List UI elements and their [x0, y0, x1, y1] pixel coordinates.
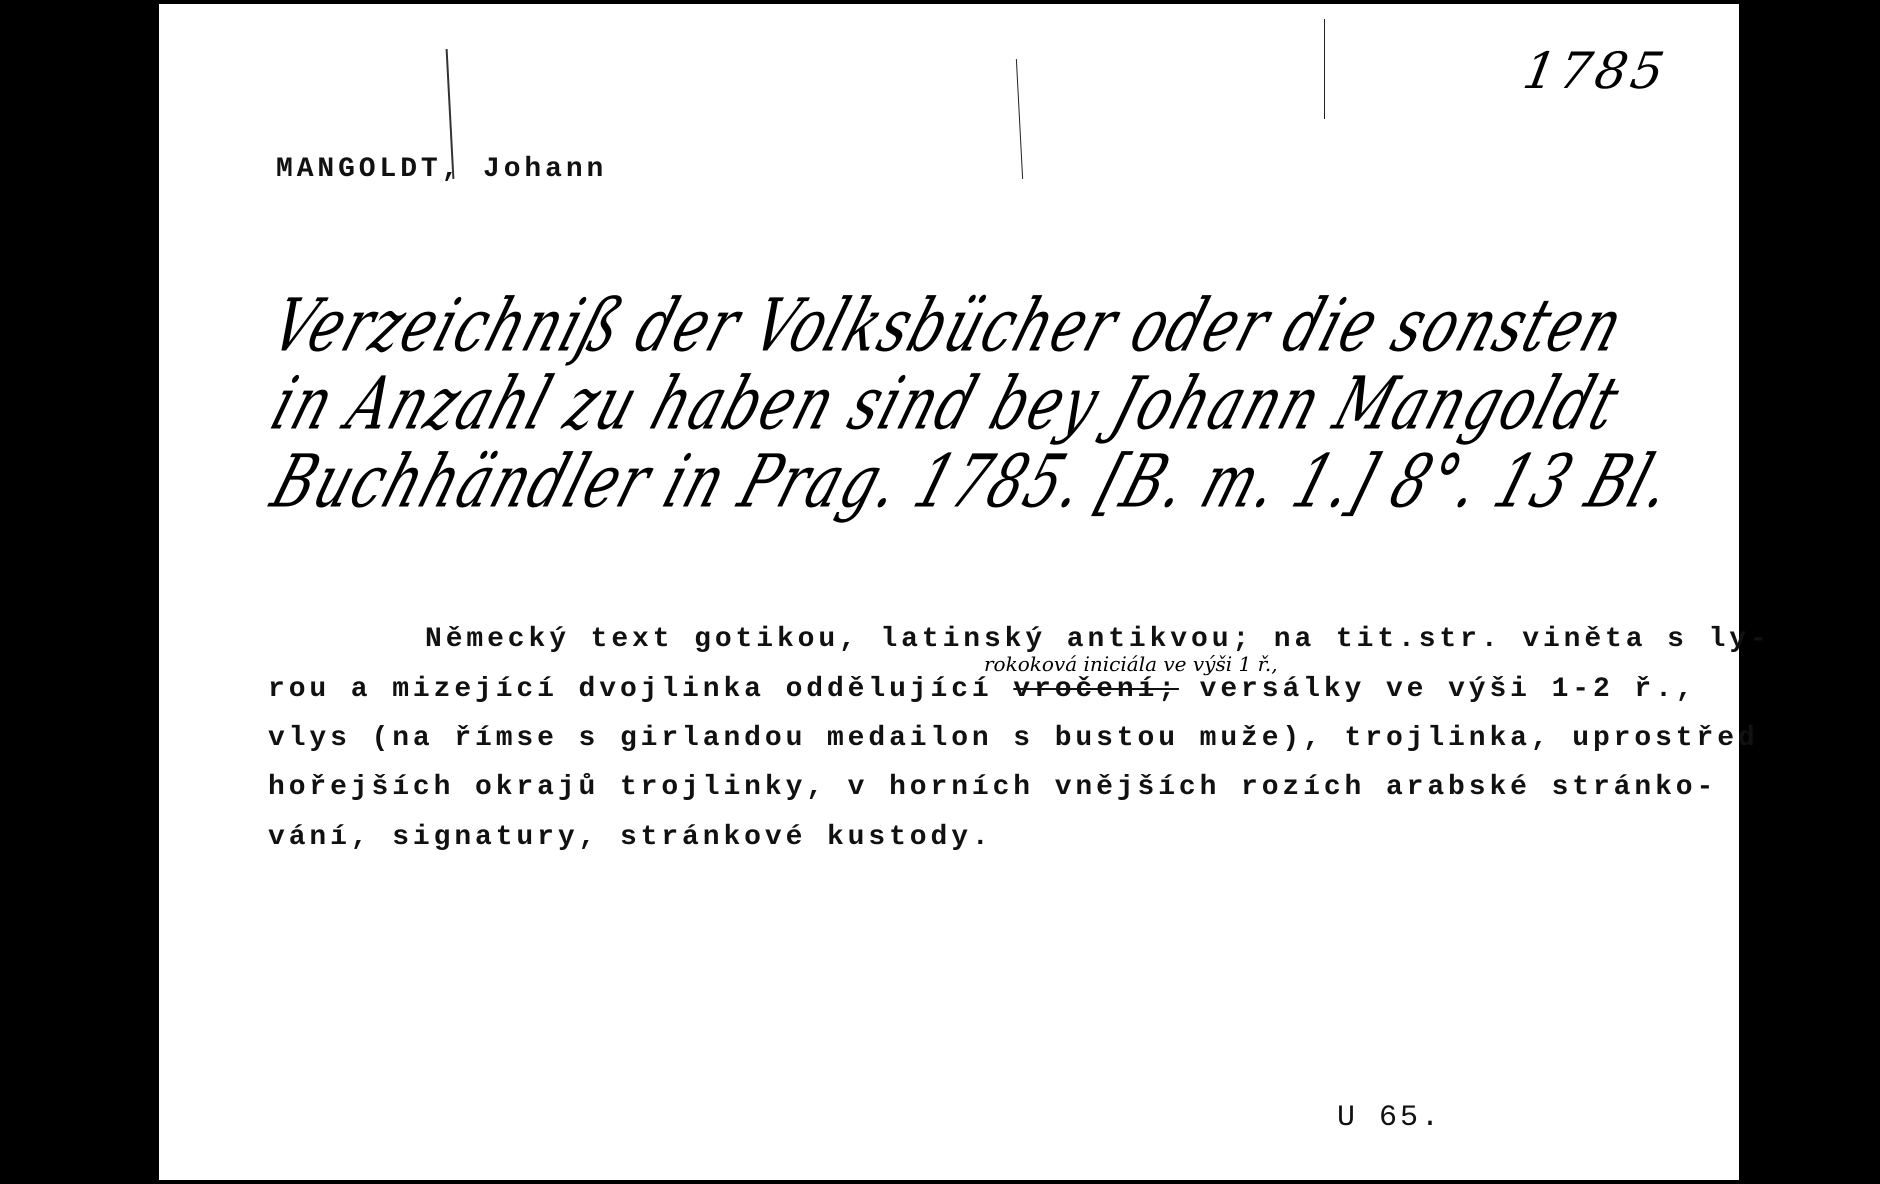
handwritten-insertion: rokoková iniciála ve výši 1 ř.,: [984, 652, 1278, 676]
description-line: hořejších okrajů trojlinky, v horních vn…: [268, 772, 1717, 803]
description-line-text: rou a mizející dvojlinka oddělující: [268, 674, 1013, 705]
author-heading: MANGOLDT, Johann: [276, 154, 607, 185]
handwritten-title-line: Verzeichniß der Volksbücher oder die son…: [262, 283, 1635, 368]
description-line: vání, signatury, stránkové kustody.: [268, 822, 993, 853]
handwritten-title-line: Buchhändler in Prag. 1785. [B. m. 1.] 8°…: [262, 439, 1684, 524]
description-line: vlys (na římse s girlandou medailon s bu…: [268, 723, 1759, 754]
scan-artifact-line: [1016, 59, 1023, 179]
shelfmark: U 65.: [1337, 1101, 1442, 1135]
struck-text: vročení;: [1013, 674, 1179, 705]
description-line-text: versálky ve výši 1-2 ř.,: [1179, 674, 1697, 705]
scan-artifact-line: [1324, 19, 1325, 119]
year-annotation: 1785: [1519, 42, 1672, 100]
description-line: rou a mizející dvojlinka oddělující vroč…: [268, 674, 1697, 705]
catalog-card: 1785 MANGOLDT, Johann Verzeichniß der Vo…: [159, 4, 1739, 1180]
description-line: Německý text gotikou, latinský antikvou;…: [425, 624, 1771, 655]
handwritten-title-line: in Anzahl zu haben sind bey Johann Mango…: [262, 361, 1631, 446]
